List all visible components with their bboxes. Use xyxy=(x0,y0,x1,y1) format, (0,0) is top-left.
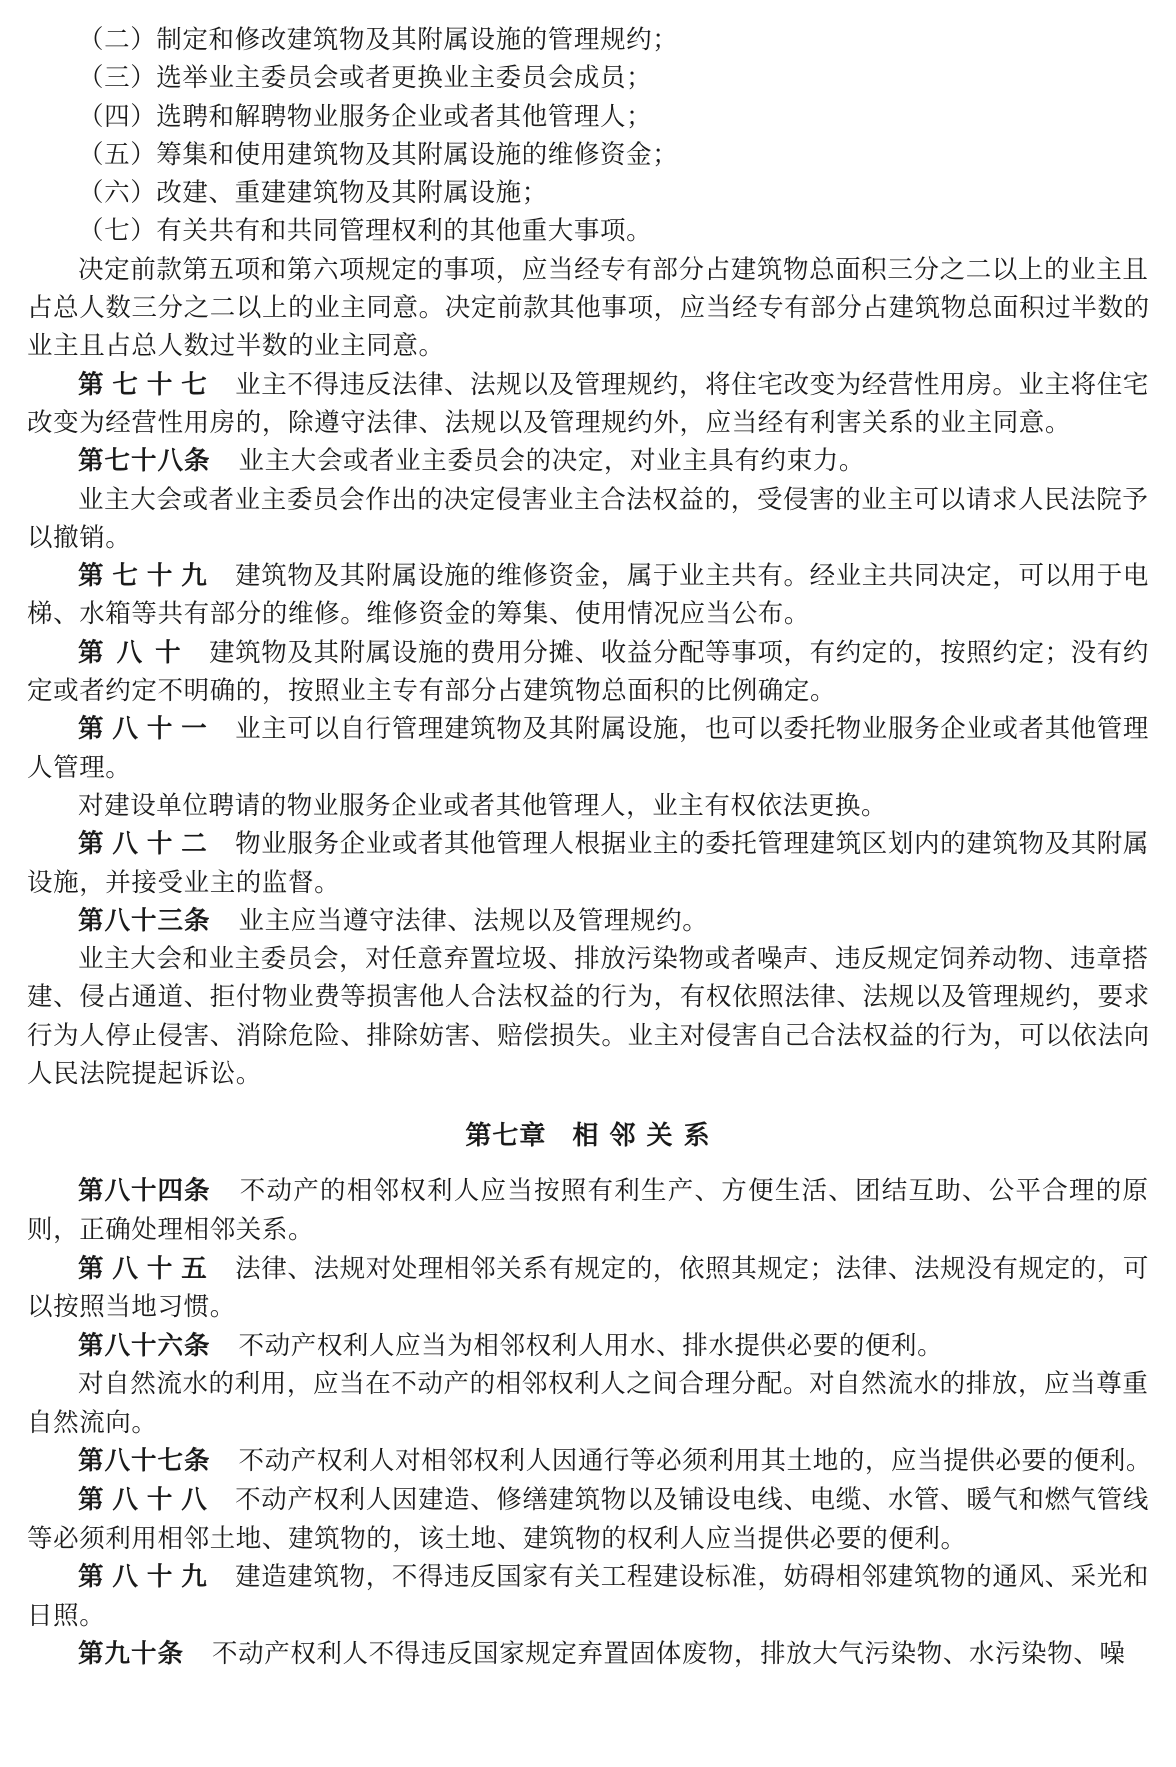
text-line: 第八十八条不动产权利人因建造、修缮建筑物以及铺设电线、电缆、水管、暖气和燃气管线 xyxy=(27,1481,1149,1520)
list-item: （二）制定和修改建筑物及其附属设施的管理规约； xyxy=(27,21,1149,59)
article: 第七十八条业主大会或者业主委员会的决定，对业主具有约束力。 xyxy=(27,442,1149,480)
article: 第八十七条不动产权利人对相邻权利人因通行等必须利用其土地的，应当提供必要的便利。 xyxy=(27,1442,1149,1481)
line-text: 人民法院提起诉讼。 xyxy=(27,1059,262,1089)
text-line: 业主大会和业主委员会，对任意弃置垃圾、排放污染物或者噪声、违反规定饲养动物、违章… xyxy=(27,940,1149,978)
article-gap xyxy=(208,1558,235,1597)
chapter-number: 第七章 xyxy=(465,1121,546,1151)
article: 第八十六条不动产权利人应当为相邻权利人用水、排水提供必要的便利。 xyxy=(27,1327,1149,1366)
line-text: 人管理。 xyxy=(27,753,131,783)
text-line: 人民法院提起诉讼。 xyxy=(27,1055,1149,1093)
line-text: 以撤销。 xyxy=(27,523,131,553)
article-gap xyxy=(211,1172,239,1211)
line-text: （六）改建、重建建筑物及其附属设施； xyxy=(78,178,548,208)
text-line: 则，正确处理相邻关系。 xyxy=(27,1211,1149,1250)
text-line: 第八十六条不动产权利人应当为相邻权利人用水、排水提供必要的便利。 xyxy=(27,1327,1149,1366)
text-line: 占总人数三分之二以上的业主同意。决定前款其他事项，应当经专有部分占建筑物总面积过… xyxy=(27,289,1149,327)
article-number: 第八十条 xyxy=(78,634,182,672)
article-number: 第七十七条 xyxy=(78,366,208,404)
text-line: 决定前款第五项和第六项规定的事项，应当经专有部分占建筑物总面积三分之二以上的业主… xyxy=(27,251,1149,289)
article: 第八十九条建造建筑物，不得违反国家有关工程建设标准，妨碍相邻建筑物的通风、采光和… xyxy=(27,1558,1149,1635)
paragraph: 业主大会或者业主委员会作出的决定侵害业主合法权益的，受侵害的业主可以请求人民法院… xyxy=(27,481,1149,558)
paragraph: 对自然流水的利用，应当在不动产的相邻权利人之间合理分配。对自然流水的排放，应当尊… xyxy=(27,1365,1149,1442)
list-item: （四）选聘和解聘物业服务企业或者其他管理人； xyxy=(27,98,1149,136)
article: 第七十七条业主不得违反法律、法规以及管理规约，将住宅改变为经营性用房。业主将住宅… xyxy=(27,366,1149,443)
line-text: 定或者约定不明确的，按照业主专有部分占建筑物总面积的比例确定。 xyxy=(27,676,836,706)
article-gap xyxy=(182,634,209,672)
civil-code-section-neighboring-relations: 第八十四条不动产的相邻权利人应当按照有利生产、方便生活、团结互助、公平合理的原则… xyxy=(27,1172,1149,1674)
line-text: （五）筹集和使用建筑物及其附属设施的维修资金； xyxy=(78,140,678,170)
line-text: 以按照当地习惯。 xyxy=(27,1292,236,1322)
line-text: 梯、水箱等共有部分的维修。维修资金的筹集、使用情况应当公布。 xyxy=(27,599,810,629)
chapter-heading: 第七章相 邻 关 系 xyxy=(27,1101,1149,1172)
article-number: 第九十条 xyxy=(78,1639,184,1669)
text-line: 第七十九条建筑物及其附属设施的维修资金，属于业主共有。经业主共同决定，可以用于电 xyxy=(27,557,1149,595)
text-line: （七）有关共有和共同管理权利的其他重大事项。 xyxy=(27,212,1149,250)
text-line: 第八十九条建造建筑物，不得违反国家有关工程建设标准，妨碍相邻建筑物的通风、采光和 xyxy=(27,1558,1149,1597)
article-number: 第八十九条 xyxy=(78,1558,208,1597)
text-line: （二）制定和修改建筑物及其附属设施的管理规约； xyxy=(27,21,1149,59)
line-text: 业主大会或者业主委员会的决定，对业主具有约束力。 xyxy=(239,446,865,476)
text-line: 第八十二条物业服务企业或者其他管理人根据业主的委托管理建筑区划内的建筑物及其附属 xyxy=(27,825,1149,863)
text-line: （五）筹集和使用建筑物及其附属设施的维修资金； xyxy=(27,136,1149,174)
paragraph: 对建设单位聘请的物业服务企业或者其他管理人，业主有权依法更换。 xyxy=(27,787,1149,825)
text-line: 自然流向。 xyxy=(27,1404,1149,1443)
text-line: （四）选聘和解聘物业服务企业或者其他管理人； xyxy=(27,98,1149,136)
line-text: 对建设单位聘请的物业服务企业或者其他管理人，业主有权依法更换。 xyxy=(78,791,887,821)
text-line: 对自然流水的利用，应当在不动产的相邻权利人之间合理分配。对自然流水的排放，应当尊… xyxy=(27,1365,1149,1404)
article: 第八十一条业主可以自行管理建筑物及其附属设施，也可以委托物业服务企业或者其他管理… xyxy=(27,710,1149,787)
article-gap xyxy=(208,825,235,863)
article-number: 第八十四条 xyxy=(78,1172,211,1211)
article-number: 第八十三条 xyxy=(78,906,211,936)
list-item: （三）选举业主委员会或者更换业主委员会成员； xyxy=(27,59,1149,97)
chapter-title: 相 邻 关 系 xyxy=(572,1121,710,1151)
line-text: 自然流向。 xyxy=(27,1408,158,1438)
article-gap xyxy=(208,557,235,595)
line-text: （四）选聘和解聘物业服务企业或者其他管理人； xyxy=(78,102,652,132)
list-item: （五）筹集和使用建筑物及其附属设施的维修资金； xyxy=(27,136,1149,174)
line-text: 不动产权利人不得违反国家规定弃置固体废物，排放大气污染物、水污染物、噪 xyxy=(212,1639,1126,1669)
article-number: 第八十二条 xyxy=(78,825,208,863)
list-item: （七）有关共有和共同管理权利的其他重大事项。 xyxy=(27,212,1149,250)
article: 第八十八条不动产权利人因建造、修缮建筑物以及铺设电线、电缆、水管、暖气和燃气管线… xyxy=(27,1481,1149,1558)
line-text: 业主应当遵守法律、法规以及管理规约。 xyxy=(239,906,709,936)
line-text: 业主且占总人数过半数的业主同意。 xyxy=(27,331,445,361)
line-text: 不动产权利人应当为相邻权利人用水、排水提供必要的便利。 xyxy=(239,1331,944,1361)
text-line: 以撤销。 xyxy=(27,519,1149,557)
text-line: 定或者约定不明确的，按照业主专有部分占建筑物总面积的比例确定。 xyxy=(27,672,1149,710)
article-number: 第八十一条 xyxy=(78,710,208,748)
text-line: 第八十四条不动产的相邻权利人应当按照有利生产、方便生活、团结互助、公平合理的原 xyxy=(27,1172,1149,1211)
article: 第八十二条物业服务企业或者其他管理人根据业主的委托管理建筑区划内的建筑物及其附属… xyxy=(27,825,1149,902)
line-text: 改变为经营性用房的，除遵守法律、法规以及管理规约外，应当经有利害关系的业主同意。 xyxy=(27,408,1071,438)
text-line: 第八十五条法律、法规对处理相邻关系有规定的，依照其规定；法律、法规没有规定的，可 xyxy=(27,1250,1149,1289)
line-text: 不动产权利人对相邻权利人因通行等必须利用其土地的，应当提供必要的便利。 xyxy=(239,1446,1153,1476)
document-page: （二）制定和修改建筑物及其附属设施的管理规约；（三）选举业主委员会或者更换业主委… xyxy=(27,21,1149,1674)
article-number: 第七十八条 xyxy=(78,446,211,476)
article-gap xyxy=(208,710,235,748)
text-line: 设施，并接受业主的监督。 xyxy=(27,864,1149,902)
article-number: 第八十八条 xyxy=(78,1481,208,1520)
text-line: 第八十三条业主应当遵守法律、法规以及管理规约。 xyxy=(27,902,1149,940)
text-line: 第八十条建筑物及其附属设施的费用分摊、收益分配等事项，有约定的，按照约定；没有约 xyxy=(27,634,1149,672)
article: 第八十条建筑物及其附属设施的费用分摊、收益分配等事项，有约定的，按照约定；没有约… xyxy=(27,634,1149,711)
article-number: 第八十七条 xyxy=(78,1446,211,1476)
text-line: 第七十八条业主大会或者业主委员会的决定，对业主具有约束力。 xyxy=(27,442,1149,480)
list-item: （六）改建、重建建筑物及其附属设施； xyxy=(27,174,1149,212)
text-line: 第八十一条业主可以自行管理建筑物及其附属设施，也可以委托物业服务企业或者其他管理 xyxy=(27,710,1149,748)
line-text: 则，正确处理相邻关系。 xyxy=(27,1215,314,1245)
text-line: （三）选举业主委员会或者更换业主委员会成员； xyxy=(27,59,1149,97)
paragraph: 决定前款第五项和第六项规定的事项，应当经专有部分占建筑物总面积三分之二以上的业主… xyxy=(27,251,1149,366)
line-text: 等必须利用相邻土地、建筑物的，该土地、建筑物的权利人应当提供必要的便利。 xyxy=(27,1524,967,1554)
text-line: 人管理。 xyxy=(27,749,1149,787)
line-text: （二）制定和修改建筑物及其附属设施的管理规约； xyxy=(78,25,678,55)
text-line: 第八十七条不动产权利人对相邻权利人因通行等必须利用其土地的，应当提供必要的便利。 xyxy=(27,1442,1149,1481)
article-number: 第八十五条 xyxy=(78,1250,208,1289)
line-text: 设施，并接受业主的监督。 xyxy=(27,868,340,898)
line-text: （七）有关共有和共同管理权利的其他重大事项。 xyxy=(78,216,652,246)
text-line: 业主且占总人数过半数的业主同意。 xyxy=(27,327,1149,365)
text-line: 建、侵占通道、拒付物业费等损害他人合法权益的行为，有权依照法律、法规以及管理规约… xyxy=(27,978,1149,1016)
text-line: （六）改建、重建建筑物及其附属设施； xyxy=(27,174,1149,212)
text-line: 业主大会或者业主委员会作出的决定侵害业主合法权益的，受侵害的业主可以请求人民法院… xyxy=(27,481,1149,519)
line-text: （三）选举业主委员会或者更换业主委员会成员； xyxy=(78,63,652,93)
civil-code-section-property-management: （二）制定和修改建筑物及其附属设施的管理规约；（三）选举业主委员会或者更换业主委… xyxy=(27,21,1149,1093)
text-line: 日照。 xyxy=(27,1597,1149,1636)
article: 第八十四条不动产的相邻权利人应当按照有利生产、方便生活、团结互助、公平合理的原则… xyxy=(27,1172,1149,1249)
text-line: 对建设单位聘请的物业服务企业或者其他管理人，业主有权依法更换。 xyxy=(27,787,1149,825)
article-gap xyxy=(208,366,235,404)
article: 第七十九条建筑物及其附属设施的维修资金，属于业主共有。经业主共同决定，可以用于电… xyxy=(27,557,1149,634)
article-gap xyxy=(208,1481,235,1520)
text-line: 第九十条不动产权利人不得违反国家规定弃置固体废物，排放大气污染物、水污染物、噪 xyxy=(27,1635,1149,1674)
article-number: 第七十九条 xyxy=(78,557,208,595)
text-line: 行为人停止侵害、消除危险、排除妨害、赔偿损失。业主对侵害自己合法权益的行为，可以… xyxy=(27,1017,1149,1055)
article: 第八十三条业主应当遵守法律、法规以及管理规约。 xyxy=(27,902,1149,940)
article-gap xyxy=(208,1250,235,1289)
line-text: 日照。 xyxy=(27,1601,105,1631)
article: 第八十五条法律、法规对处理相邻关系有规定的，依照其规定；法律、法规没有规定的，可… xyxy=(27,1250,1149,1327)
text-line: 改变为经营性用房的，除遵守法律、法规以及管理规约外，应当经有利害关系的业主同意。 xyxy=(27,404,1149,442)
text-line: 梯、水箱等共有部分的维修。维修资金的筹集、使用情况应当公布。 xyxy=(27,595,1149,633)
article-number: 第八十六条 xyxy=(78,1331,211,1361)
text-line: 第七十七条业主不得违反法律、法规以及管理规约，将住宅改变为经营性用房。业主将住宅 xyxy=(27,366,1149,404)
text-line: 等必须利用相邻土地、建筑物的，该土地、建筑物的权利人应当提供必要的便利。 xyxy=(27,1520,1149,1559)
paragraph: 业主大会和业主委员会，对任意弃置垃圾、排放污染物或者噪声、违反规定饲养动物、违章… xyxy=(27,940,1149,1093)
article: 第九十条不动产权利人不得违反国家规定弃置固体废物，排放大气污染物、水污染物、噪 xyxy=(27,1635,1149,1674)
text-line: 以按照当地习惯。 xyxy=(27,1288,1149,1327)
